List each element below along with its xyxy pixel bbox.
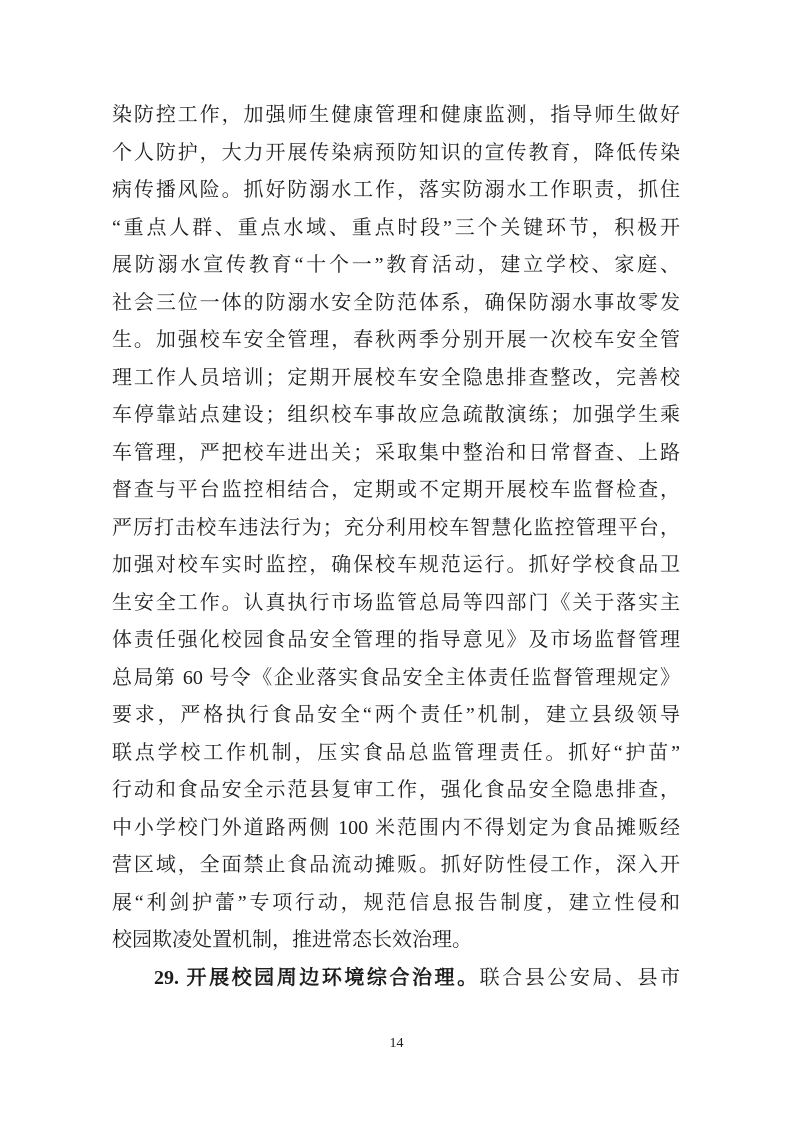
text-line: 体责任强化校园食品安全管理的指导意见》及市场监督管理 — [112, 622, 680, 660]
item-29-continuation: 联合县公安局、县市 — [480, 967, 680, 989]
text-line: 行动和食品安全示范县复审工作，强化食品安全隐患排查， — [112, 772, 680, 810]
text-line: 展“利剑护蕾”专项行动，规范信息报告制度，建立性侵和 — [112, 885, 680, 923]
text-line: 病传播风险。抓好防溺水工作，落实防溺水工作职责，抓住 — [112, 172, 680, 210]
text-line: 染防控工作，加强师生健康管理和健康监测，指导师生做好 — [112, 97, 680, 135]
text-line: 生安全工作。认真执行市场监管总局等四部门《关于落实主 — [112, 585, 680, 623]
text-line: 社会三位一体的防溺水安全防范体系，确保防溺水事故零发 — [112, 285, 680, 323]
document-page: 染防控工作，加强师生健康管理和健康监测，指导师生做好 个人防护，大力开展传染病预… — [0, 0, 793, 1122]
text-line: 营区域，全面禁止食品流动摊贩。抓好防性侵工作，深入开 — [112, 847, 680, 885]
text-line: 车管理，严把校车进出关；采取集中整治和日常督查、上路 — [112, 435, 680, 473]
item-29-line: 29. 开展校园周边环境综合治理。联合县公安局、县市 — [112, 960, 680, 998]
text-line: 展防溺水宣传教育“十个一”教育活动，建立学校、家庭、 — [112, 247, 680, 285]
text-line: 联点学校工作机制，压实食品总监管理责任。抓好“护苗” — [112, 735, 680, 773]
text-line: 理工作人员培训；定期开展校车安全隐患排查整改，完善校 — [112, 360, 680, 398]
text-line: “重点人群、重点水域、重点时段”三个关键环节，积极开 — [112, 210, 680, 248]
text-line: 督查与平台监控相结合，定期或不定期开展校车监督检查， — [112, 472, 680, 510]
text-line: 要求，严格执行食品安全“两个责任”机制，建立县级领导 — [112, 697, 680, 735]
body-text-block: 染防控工作，加强师生健康管理和健康监测，指导师生做好 个人防护，大力开展传染病预… — [112, 97, 680, 997]
text-line: 严厉打击校车违法行为；充分利用校车智慧化监控管理平台， — [112, 510, 680, 548]
text-line: 车停靠站点建设；组织校车事故应急疏散演练；加强学生乘 — [112, 397, 680, 435]
text-line: 校园欺凌处置机制，推进常态长效治理。 — [112, 922, 680, 960]
item-29-heading: 29. 开展校园周边环境综合治理。 — [154, 967, 480, 989]
text-line: 个人防护，大力开展传染病预防知识的宣传教育，降低传染 — [112, 135, 680, 173]
text-line: 生。加强校车安全管理，春秋两季分别开展一次校车安全管 — [112, 322, 680, 360]
page-number: 14 — [0, 1036, 793, 1052]
text-line: 中小学校门外道路两侧 100 米范围内不得划定为食品摊贩经 — [112, 810, 680, 848]
text-line: 总局第 60 号令《企业落实食品安全主体责任监督管理规定》 — [112, 660, 680, 698]
text-line: 加强对校车实时监控，确保校车规范运行。抓好学校食品卫 — [112, 547, 680, 585]
